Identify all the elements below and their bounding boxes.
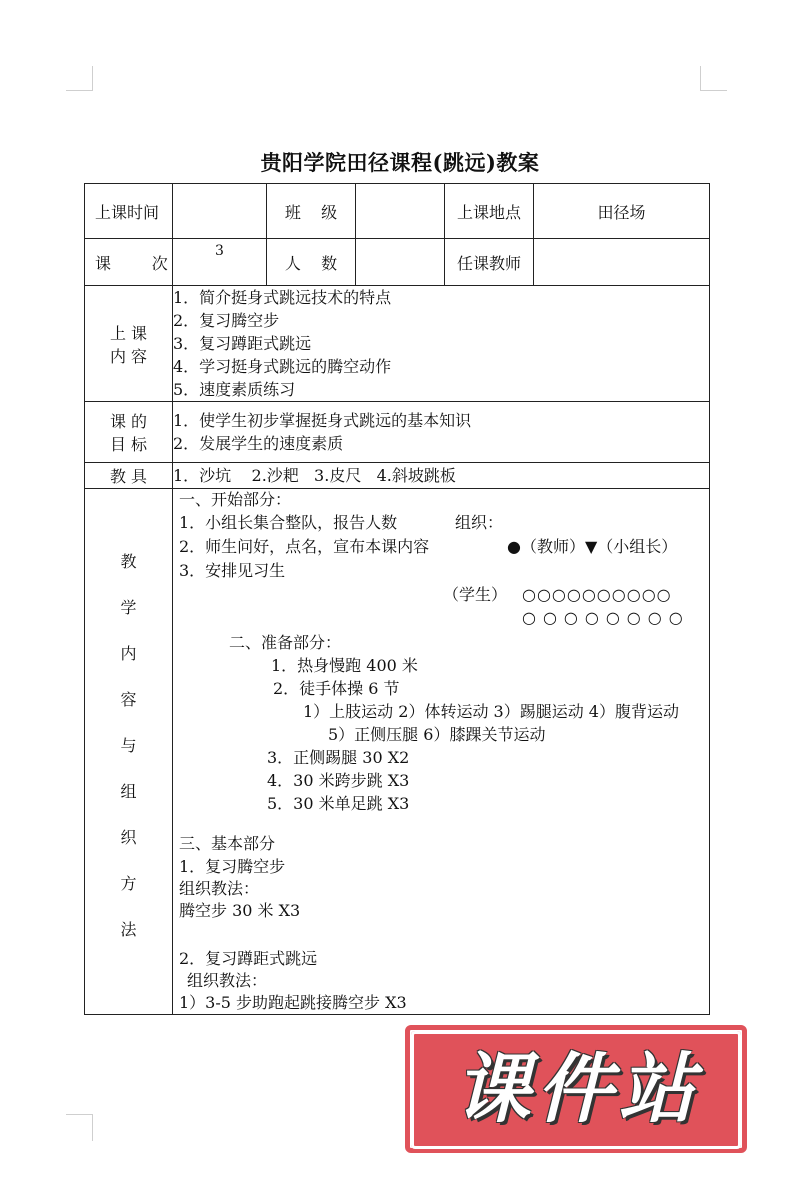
page-corner-mark-top-right (700, 66, 727, 91)
formation-legend: ●（教师）▼（小组长） (507, 536, 677, 558)
objective-item: 2．发展学生的速度素质 (173, 432, 709, 455)
student-formation-row-2: ○○○○○○○○ (522, 607, 690, 629)
lesson-plan-table: 上课时间 班 级 上课地点 田径场 课 次 3 人 数 任课教师 上 课 内 容… (84, 183, 710, 1015)
part3-item: 1）3-5 步助跑起跳接腾空步 X3 (179, 992, 407, 1014)
class-time-label: 上课时间 (85, 184, 173, 239)
header-row-2: 课 次 3 人 数 任课教师 (85, 239, 710, 286)
objectives-row: 课 的 目 标 1．使学生初步掌握挺身式跳远的基本知识 2．发展学生的速度素质 (85, 402, 710, 463)
equipment-row: 教 具 1．沙坑 2.沙耙 3.皮尺 4.斜坡跳板 (85, 463, 710, 489)
student-formation-row-1: ○○○○○○○○○○ (522, 584, 672, 606)
content-label-line2: 内 容 (85, 344, 172, 367)
teaching-label-char: 学 (85, 585, 172, 631)
objectives-label: 课 的 目 标 (85, 402, 173, 463)
part1-heading: 一、开始部分： (179, 489, 291, 511)
session-value: 3 (173, 239, 267, 286)
content-label-line1: 上 课 (85, 321, 172, 344)
teaching-content: 一、开始部分： 1．小组长集合整队，报告人数 组织： 2．师生问好，点名，宣布本… (173, 489, 710, 1015)
page-corner-mark-top-left (66, 66, 93, 91)
organization-label: 组织： (455, 512, 503, 534)
class-group-label: 班 级 (267, 184, 356, 239)
part2-subitem: 5）正侧压腿 6）膝踝关节运动 (328, 724, 545, 746)
teacher-label: 任课教师 (445, 239, 534, 286)
part3-item: 1．复习腾空步 (179, 856, 285, 878)
teaching-label-char: 与 (85, 723, 172, 769)
class-group-value (356, 184, 445, 239)
equipment-label: 教 具 (85, 463, 173, 489)
class-time-value (173, 184, 267, 239)
part3-item: 2．复习蹲距式跳远 (179, 948, 317, 970)
teaching-label-char: 方 (85, 861, 172, 907)
content-item: 1．简介挺身式跳远技术的特点 (173, 286, 709, 309)
part3-item: 腾空步 30 米 X3 (179, 900, 300, 922)
part2-item: 4．30 米跨步跳 X3 (267, 770, 409, 792)
student-count-value (356, 239, 445, 286)
teacher-value (534, 239, 710, 286)
part1-item: 3．安排见习生 (179, 560, 285, 582)
part2-item: 1．热身慢跑 400 米 (271, 655, 418, 677)
teaching-label-char: 织 (85, 815, 172, 861)
content-row: 上 课 内 容 1．简介挺身式跳远技术的特点 2．复习腾空步 3．复习蹲距式跳远… (85, 286, 710, 402)
students-label: （学生） (443, 584, 507, 606)
part2-item: 3．正侧踢腿 30 X2 (267, 747, 409, 769)
teaching-label-char: 容 (85, 677, 172, 723)
watermark-stamp: 课件站 (405, 1025, 750, 1155)
watermark-text: 课件站 (405, 1039, 750, 1139)
student-count-label: 人 数 (267, 239, 356, 286)
part1-item: 1．小组长集合整队，报告人数 (179, 512, 397, 534)
location-value: 田径场 (534, 184, 710, 239)
part2-item: 5．30 米单足跳 X3 (267, 793, 409, 815)
teaching-row: 教 学 内 容 与 组 织 方 法 一、开始部分： 1．小组长集合整队，报告人数… (85, 489, 710, 1015)
objectives-label-line1: 课 的 (85, 409, 172, 432)
part2-heading: 二、准备部分： (229, 632, 341, 654)
page-corner-mark-bottom-left (66, 1114, 93, 1141)
teaching-label-char: 教 (85, 539, 172, 585)
part3-item: 组织教法： (187, 970, 267, 992)
content-item: 3．复习蹲距式跳远 (173, 332, 709, 355)
teaching-label: 教 学 内 容 与 组 织 方 法 (85, 489, 173, 1015)
part2-subitem: 1）上肢运动 2）体转运动 3）踢腿运动 4）腹背运动 (303, 701, 679, 723)
objectives-list: 1．使学生初步掌握挺身式跳远的基本知识 2．发展学生的速度素质 (173, 402, 710, 463)
teaching-label-char: 法 (85, 907, 172, 953)
content-item: 4．学习挺身式跳远的腾空动作 (173, 355, 709, 378)
content-item: 5．速度素质练习 (173, 378, 709, 401)
header-row-1: 上课时间 班 级 上课地点 田径场 (85, 184, 710, 239)
part2-item: 2．徒手体操 6 节 (273, 678, 400, 700)
equipment-text: 1．沙坑 2.沙耙 3.皮尺 4.斜坡跳板 (173, 463, 710, 489)
objective-item: 1．使学生初步掌握挺身式跳远的基本知识 (173, 409, 709, 432)
teaching-label-char: 组 (85, 769, 172, 815)
location-label: 上课地点 (445, 184, 534, 239)
session-label: 课 次 (85, 239, 173, 286)
content-label: 上 课 内 容 (85, 286, 173, 402)
objectives-label-line2: 目 标 (85, 432, 172, 455)
part1-item: 2．师生问好，点名，宣布本课内容 (179, 536, 429, 558)
content-list: 1．简介挺身式跳远技术的特点 2．复习腾空步 3．复习蹲距式跳远 4．学习挺身式… (173, 286, 710, 402)
content-item: 2．复习腾空步 (173, 309, 709, 332)
part3-heading: 三、基本部分 (179, 833, 275, 855)
part3-item: 组织教法： (179, 878, 259, 900)
teaching-label-char: 内 (85, 631, 172, 677)
document-title: 贵阳学院田径课程(跳远)教案 (0, 147, 800, 177)
